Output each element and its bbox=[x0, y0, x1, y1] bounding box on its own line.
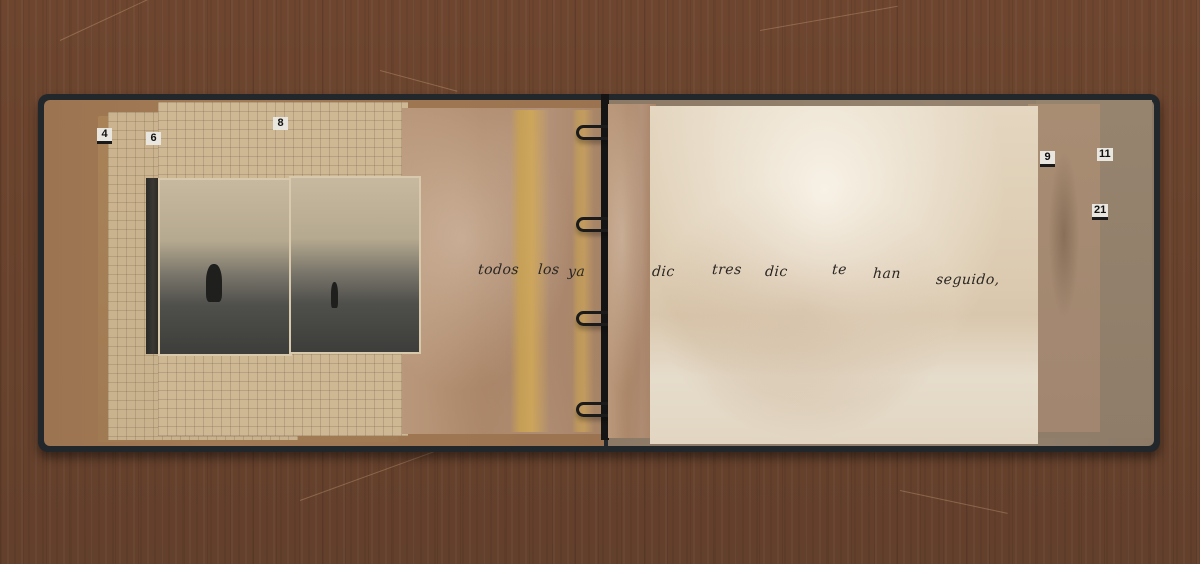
page-tab-6[interactable]: 6 bbox=[146, 132, 161, 145]
journal: 4 6 8 todos los ya 9 11 21 dic tres dic … bbox=[0, 0, 1200, 564]
page-tab-9[interactable]: 9 bbox=[1040, 151, 1055, 167]
page-tab-4[interactable]: 4 bbox=[97, 128, 112, 144]
page-tab-21[interactable]: 21 bbox=[1092, 204, 1108, 220]
handwriting-right-4: te bbox=[831, 262, 847, 278]
handwriting-left-3: ya bbox=[567, 264, 585, 280]
photo-left bbox=[158, 178, 292, 356]
handwriting-right-3: dic bbox=[764, 264, 788, 280]
handwriting-left-2: los bbox=[537, 262, 560, 278]
handwriting-right-6: seguido, bbox=[935, 272, 1000, 288]
photo-right bbox=[289, 176, 421, 354]
page-9-kraft bbox=[1028, 104, 1100, 432]
silhouette-figure-small bbox=[331, 282, 338, 308]
page-tab-8[interactable]: 8 bbox=[273, 117, 288, 130]
right-stained-underpage bbox=[608, 104, 656, 438]
silhouette-figure bbox=[206, 264, 222, 302]
handwriting-right-2: tres bbox=[711, 262, 742, 278]
handwriting-left-1: todos bbox=[477, 262, 519, 278]
handwriting-right-1: dic bbox=[651, 264, 675, 280]
page-tab-11[interactable]: 11 bbox=[1097, 148, 1113, 161]
handwriting-right-5: han bbox=[872, 266, 901, 282]
